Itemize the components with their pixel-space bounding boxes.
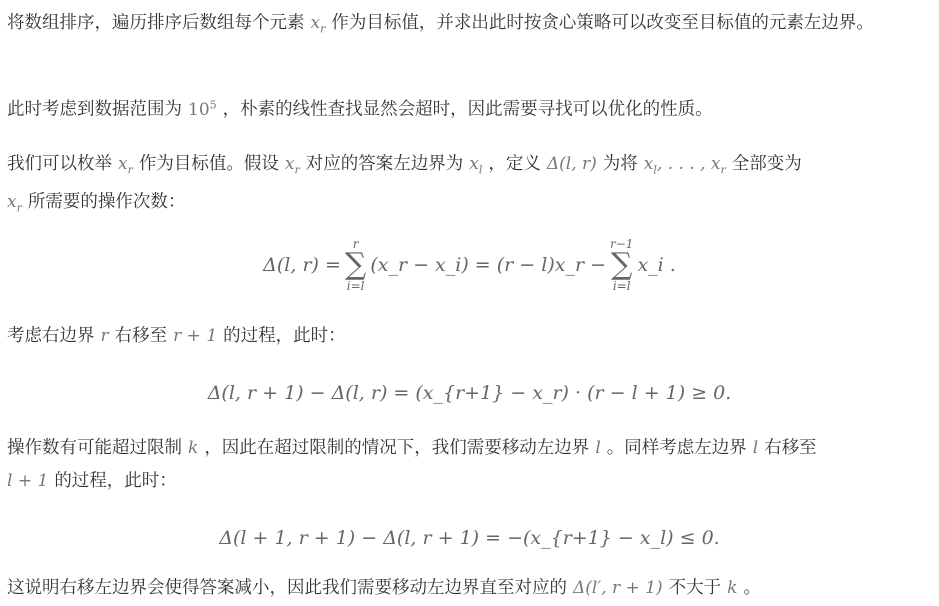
- text: 全部变为: [732, 154, 802, 174]
- math-delta-lprime: Δ(l′, r + 1): [567, 578, 669, 598]
- paragraph-sort-and-traverse: 将数组排序，遍历排序后数组每个元素xr作为目标值，并求出此时按贪心策略可以改变至…: [7, 7, 932, 45]
- eq1-lhs: Δ(l, r) =: [263, 254, 341, 276]
- text: 的过程，此时：: [223, 326, 346, 346]
- math-x-r: xr: [279, 154, 306, 174]
- math-k: k: [721, 578, 743, 598]
- text: 这说明右移左边界会使得答案减小，因此我们需要移动左边界直至对应的: [7, 578, 567, 598]
- text: 。: [743, 578, 761, 598]
- math-x-l: xl: [463, 154, 488, 174]
- text: 的过程，此时：: [54, 471, 177, 491]
- text: ，朴素的线性查找显然会超时，因此需要寻找可以优化的性质。: [223, 100, 713, 120]
- summation-symbol: r ∑ i=l: [345, 238, 366, 292]
- equation-right-shift: Δ(l, r + 1) − Δ(l, r) = (x_{r+1} − x_r) …: [0, 382, 939, 404]
- paragraph-right-boundary: 考虑右边界r右移至r + 1的过程，此时：: [7, 320, 932, 353]
- math-l: l: [747, 438, 764, 458]
- text: 为将: [603, 154, 638, 174]
- text: 作为目标值，并求出此时按贪心策略可以改变至目标值的元素左边界。: [331, 13, 874, 33]
- math-l-plus-1: l + 1: [7, 471, 54, 491]
- equation-delta-definition: Δ(l, r) = r ∑ i=l (x_r − x_i) = (r − l)x…: [0, 238, 939, 308]
- text: 右移至: [764, 438, 817, 458]
- text: 右移至: [115, 326, 168, 346]
- text: 此时考虑到数据范围为: [7, 100, 182, 120]
- text: 作为目标值。假设: [139, 154, 279, 174]
- text: 将数组排序，遍历排序后数组每个元素: [7, 13, 305, 33]
- text: 考虑右边界: [7, 326, 95, 346]
- paragraph-definition: 我们可以枚举xr作为目标值。假设xr对应的答案左边界为xl，定义Δ(l, r)为…: [7, 148, 932, 225]
- paragraph-left-boundary: 操作数有可能超过限制k，因此在超过限制的情况下，我们需要移动左边界l。同样考虑左…: [7, 432, 932, 498]
- text: ，因此在超过限制的情况下，我们需要移动左边界: [204, 438, 589, 458]
- paragraph-data-range: 此时考虑到数据范围为105，朴素的线性查找显然会超时，因此需要寻找可以优化的性质…: [7, 88, 932, 127]
- text: 不大于: [669, 578, 722, 598]
- text: 我们可以枚举: [7, 154, 112, 174]
- math-x-l-to-x-r: xl, . . . , xr: [638, 154, 732, 174]
- text: ，定义: [488, 154, 541, 174]
- math-x-r: xr: [7, 192, 28, 212]
- text: 所需要的操作次数：: [28, 192, 186, 212]
- math-delta-l-r: Δ(l, r): [541, 154, 603, 174]
- summation-symbol: r−1 ∑ i=l: [610, 238, 633, 292]
- eq1-tail: x_i .: [637, 254, 675, 276]
- math-k: k: [182, 438, 204, 458]
- math-10-pow-5: 105: [182, 100, 223, 120]
- eq1-middle: (x_r − x_i) = (r − l)x_r −: [370, 254, 606, 276]
- equation-left-shift: Δ(l + 1, r + 1) − Δ(l, r + 1) = −(x_{r+1…: [0, 527, 939, 549]
- math-x-r: xr: [112, 154, 139, 174]
- math-r: r: [95, 326, 115, 346]
- math-l: l: [589, 438, 606, 458]
- math-x-r: xr: [305, 13, 332, 33]
- paragraph-conclusion: 这说明右移左边界会使得答案减小，因此我们需要移动左边界直至对应的Δ(l′, r …: [7, 572, 932, 605]
- text: 。同样考虑左边界: [607, 438, 747, 458]
- text: 操作数有可能超过限制: [7, 438, 182, 458]
- math-r-plus-1: r + 1: [167, 326, 223, 346]
- text: 对应的答案左边界为: [306, 154, 464, 174]
